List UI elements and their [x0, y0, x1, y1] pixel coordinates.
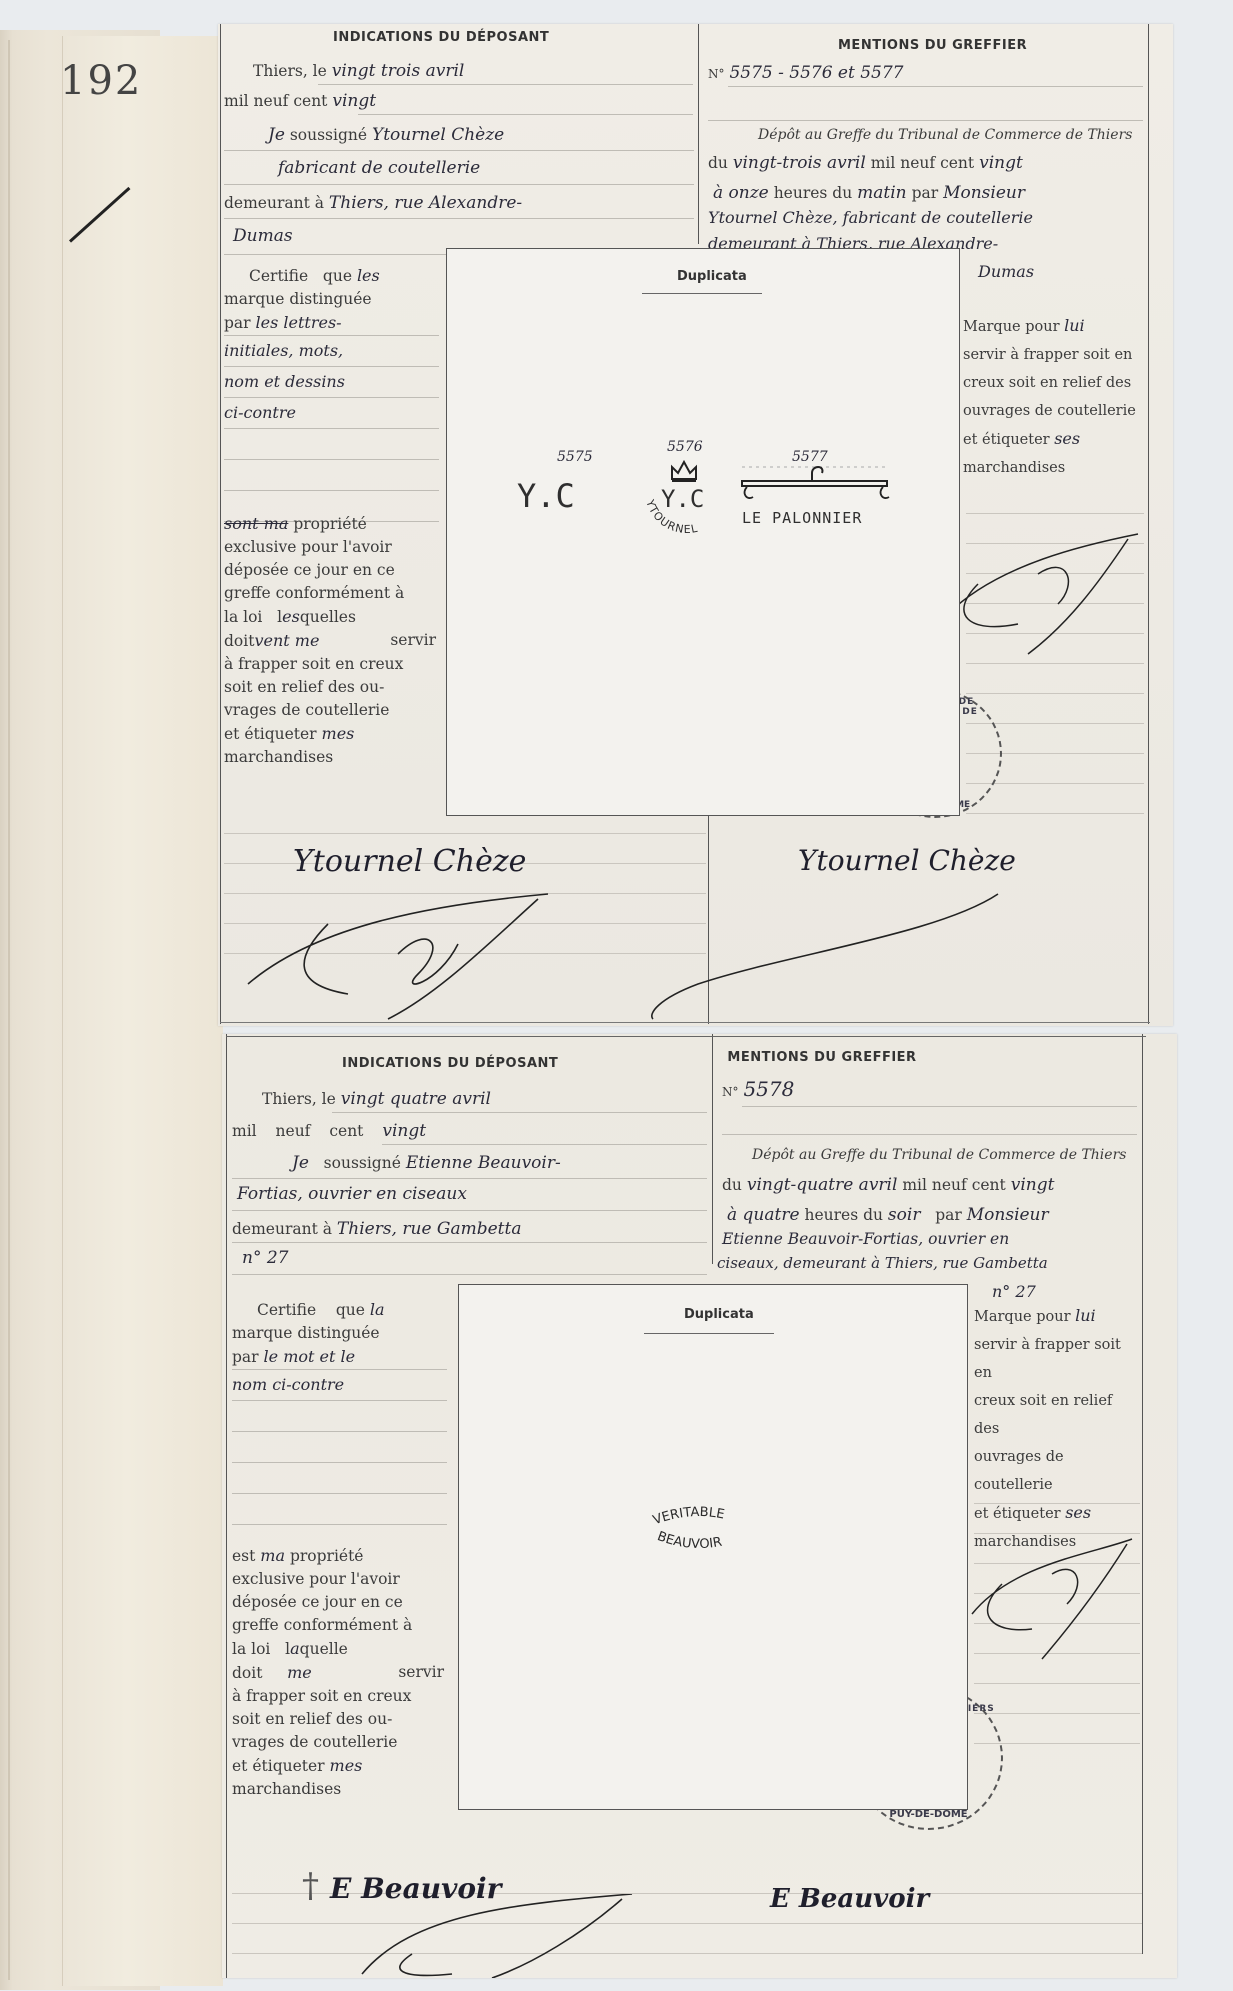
profession-field[interactable]: fabricant de coutellerie	[278, 158, 480, 178]
profession-line: fabricant de coutellerie	[278, 158, 480, 178]
veritable-beauvoir-mark: VERITABLE BEAUVOIR	[639, 1495, 759, 1565]
deposit-time-line: à quatre heures du soir par Monsieur	[727, 1204, 1049, 1227]
svg-text:BEAUVOIR: BEAUVOIR	[655, 1529, 723, 1552]
duplicata-box-1: Duplicata 5575 Y.C 5576 Y.C YTOURNEL 557…	[446, 248, 960, 816]
cross-mark: †	[302, 1866, 319, 1906]
duplicata-underline	[642, 293, 762, 294]
profession-field[interactable]: Fortias, ouvrier en ciseaux	[237, 1184, 467, 1204]
greffier-paraph-right	[962, 1534, 1142, 1664]
rule	[232, 1274, 707, 1275]
depositor-line-1[interactable]: Ytournel Chèze, fabricant de coutellerie	[708, 208, 1033, 227]
rule	[232, 1210, 707, 1211]
address-field-cont[interactable]: n° 27	[242, 1248, 288, 1268]
column-divider	[698, 24, 699, 244]
name-line: Je soussigné Ytournel Chèze	[268, 124, 504, 147]
deposit-hour-field[interactable]: à onze	[713, 183, 769, 203]
column-divider	[712, 1034, 713, 1264]
greffier-legal-block: Marque pour lui servir à frapper soit en…	[963, 312, 1145, 482]
deposit-period-field[interactable]: soir	[888, 1205, 921, 1225]
mark-le-palonnier: LE PALONNIER	[742, 509, 862, 527]
deposant-signature: Ytournel Chèze	[293, 844, 526, 879]
deposit-year-field[interactable]: vingt	[1011, 1175, 1055, 1195]
deposit-hour-field[interactable]: à quatre	[727, 1205, 800, 1225]
mark-number-5575: 5575	[557, 449, 593, 465]
rule	[722, 1134, 1137, 1135]
year-field[interactable]: vingt	[332, 91, 376, 111]
greffier-signature-flourish	[638, 874, 1018, 1024]
year-line: mil neuf cent vingt	[224, 90, 376, 113]
duplicata-label: Duplicata	[684, 1307, 754, 1322]
certification-block: Certifie que la marque distinguée par le…	[232, 1298, 447, 1525]
deposit-date-field[interactable]: vingt-quatre avril	[747, 1175, 898, 1195]
duplicata-underline	[644, 1333, 774, 1334]
address-line: demeurant à Thiers, rue Alexandre-	[224, 192, 522, 215]
address-field-cont[interactable]: Dumas	[233, 226, 293, 246]
date-field[interactable]: vingt quatre avril	[341, 1089, 491, 1109]
name-field[interactable]: Ytournel Chèze	[372, 125, 504, 145]
deposit-number-line: N° 5575 - 5576 et 5577	[708, 62, 903, 86]
legal-text-block: sont ma propriété exclusive pour l'avoir…	[224, 512, 436, 769]
mark-number-5576: 5576	[667, 439, 703, 455]
greffier-paraph	[352, 1894, 652, 1978]
deposit-number-line: N° 5578	[722, 1078, 794, 1104]
greffier-title: MENTIONS DU GREFFIER	[838, 38, 1027, 53]
rule	[224, 218, 694, 219]
depot-caption: Dépôt au Greffe du Tribunal de Commerce …	[752, 1144, 1126, 1167]
rule	[232, 1242, 707, 1243]
page-margin	[62, 36, 223, 1986]
date-line: Thiers, le vingt quatre avril	[262, 1088, 491, 1111]
rule	[708, 120, 1143, 121]
palonnier-icon	[737, 457, 897, 507]
rule	[382, 1144, 707, 1145]
top-border	[226, 1036, 1146, 1037]
name-field[interactable]: Etienne Beauvoir-	[406, 1153, 561, 1173]
greffier-signature: Ytournel Chèze	[798, 844, 1016, 877]
legal-text-block: est ma propriété exclusive pour l'avoir …	[232, 1544, 444, 1801]
svg-text:VERITABLE: VERITABLE	[651, 1505, 726, 1528]
article-field[interactable]: les	[357, 266, 380, 285]
mark-description-line-3[interactable]: nom et dessins	[224, 367, 439, 398]
mark-description-line-2[interactable]: initiales, mots,	[224, 336, 439, 367]
mark-description-field[interactable]: les lettres-	[256, 313, 342, 332]
depositor-line-1[interactable]: Etienne Beauvoir-Fortias, ouvrier en	[722, 1230, 1009, 1248]
address-line: demeurant à Thiers, rue Gambetta	[232, 1218, 521, 1241]
rule	[224, 150, 694, 151]
greffier-title: MENTIONS DU GREFFIER	[672, 1050, 972, 1065]
depositor-line-3[interactable]: Dumas	[978, 262, 1034, 281]
mark-yc: Y.C	[517, 477, 575, 515]
deposit-by-field[interactable]: Monsieur	[967, 1205, 1049, 1225]
deposant-title: INDICATIONS DU DÉPOSANT	[333, 30, 549, 45]
address-field[interactable]: Thiers, rue Gambetta	[337, 1219, 522, 1239]
depositor-line-2[interactable]: ciseaux, demeurant à Thiers, rue Gambett…	[717, 1254, 1048, 1272]
greffier-paraph	[238, 884, 578, 1024]
deposit-by-field[interactable]: Monsieur	[943, 183, 1025, 203]
rule	[358, 114, 693, 115]
left-border	[220, 24, 221, 1024]
rule	[318, 84, 693, 85]
deposit-period-field[interactable]: matin	[857, 183, 906, 203]
svg-text:YTOURNEL: YTOURNEL	[643, 497, 699, 536]
deposit-date-line: du vingt-quatre avril mil neuf cent ving…	[722, 1174, 1054, 1197]
deposant-title: INDICATIONS DU DÉPOSANT	[342, 1056, 558, 1071]
registration-form-2: INDICATIONS DU DÉPOSANT Thiers, le vingt…	[222, 1034, 1177, 1978]
year-line: mil neuf cent vingt	[232, 1120, 426, 1143]
right-border	[1142, 1034, 1143, 1954]
article-field[interactable]: la	[370, 1300, 385, 1319]
depot-caption: Dépôt au Greffe du Tribunal de Commerce …	[758, 124, 1132, 147]
deposit-date-line: du vingt-trois avril mil neuf cent vingt	[708, 152, 1023, 175]
greffier-paraph-right	[938, 524, 1148, 664]
rule	[742, 1106, 1137, 1107]
greffier-signature: E Beauvoir	[770, 1884, 929, 1914]
page-number: 192	[60, 58, 142, 104]
rule	[232, 1178, 707, 1179]
depositor-line-3[interactable]: n° 27	[992, 1282, 1036, 1301]
date-line: Thiers, le vingt trois avril	[253, 60, 693, 83]
rule	[728, 86, 1143, 87]
registration-form-1: INDICATIONS DU DÉPOSANT Thiers, le vingt…	[218, 24, 1173, 1026]
mark-description-line-2[interactable]: nom ci-contre	[232, 1370, 447, 1401]
deposit-time-line: à onze heures du matin par Monsieur	[713, 182, 1025, 205]
left-border	[226, 1034, 227, 1978]
crown-icon	[669, 459, 699, 483]
ytournel-arc-text: YTOURNEL	[637, 481, 737, 551]
mark-description-field[interactable]: le mot et le	[264, 1347, 356, 1366]
right-border	[1148, 24, 1149, 1024]
deposit-year-field[interactable]: vingt	[979, 153, 1023, 173]
certification-block: Certifie que les marque distinguée par l…	[224, 264, 439, 522]
duplicata-box-2: Duplicata VERITABLE BEAUVOIR	[458, 1284, 968, 1810]
mark-description-line-4[interactable]: ci-contre	[224, 398, 439, 429]
deposit-number-field[interactable]: 5578	[743, 1077, 794, 1101]
year-field[interactable]: vingt	[382, 1121, 426, 1141]
address-field[interactable]: Thiers, rue Alexandre-	[329, 193, 522, 213]
date-field[interactable]: vingt trois avril	[332, 61, 465, 81]
rule	[224, 184, 694, 185]
rule	[332, 1112, 707, 1113]
duplicata-label: Duplicata	[677, 269, 747, 284]
name-line: Je soussigné Etienne Beauvoir-	[292, 1152, 561, 1175]
deposit-number-field[interactable]: 5575 - 5576 et 5577	[729, 63, 903, 83]
deposit-date-field[interactable]: vingt-trois avril	[733, 153, 866, 173]
